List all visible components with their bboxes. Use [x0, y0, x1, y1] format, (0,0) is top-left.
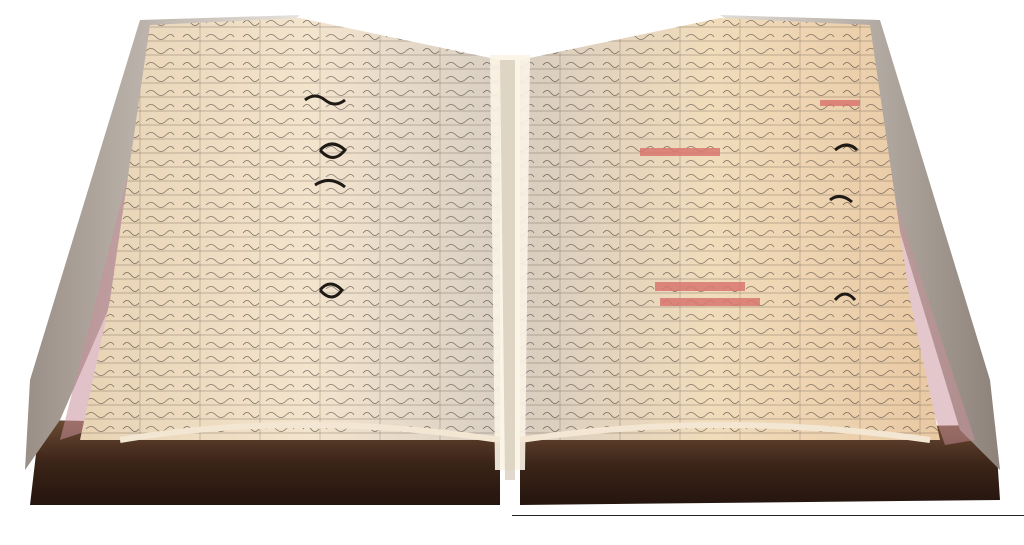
book-photo: [0, 0, 1024, 545]
left-page-ruled-text: [80, 18, 500, 440]
open-book-illustration: [0, 0, 1024, 545]
baseline-rule: [512, 515, 1024, 516]
right-page-ruled-text: [520, 18, 940, 440]
